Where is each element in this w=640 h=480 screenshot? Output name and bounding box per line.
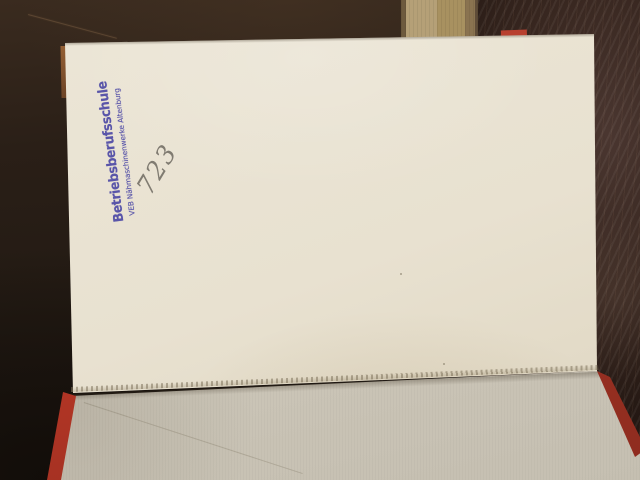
- book-photo: Betriebsberufsschule VEB Nähmaschinenwer…: [0, 0, 640, 480]
- paper-speck: [400, 273, 402, 275]
- paper-speck: [443, 363, 445, 365]
